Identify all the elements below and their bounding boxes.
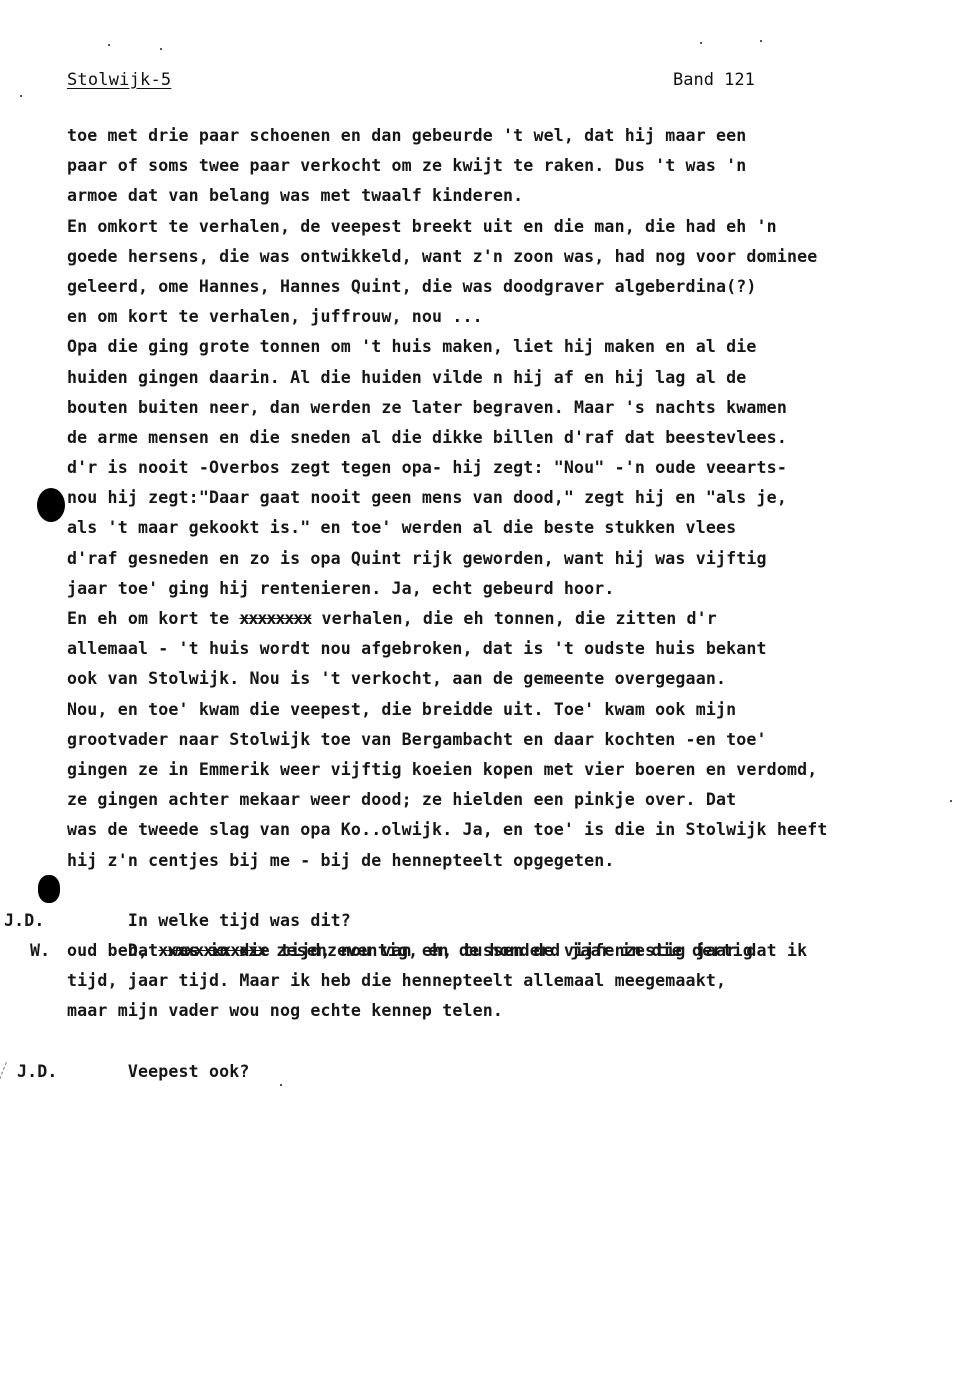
text-line: was de tweede slag van opa Ko..olwijk. J… <box>67 815 979 845</box>
transcript-body: toe met drie paar schoenen en dan gebeur… <box>67 121 979 1057</box>
punch-hole <box>38 875 60 903</box>
dialogue-line: J.D.In welke tijd was dit? <box>67 876 979 906</box>
punch-hole <box>37 488 65 522</box>
text-line: gingen ze in Emmerik weer vijftig koeien… <box>67 755 979 785</box>
text-line: Nou, en toe' kwam die veepest, die breid… <box>67 695 979 725</box>
text-line: huiden gingen daarin. Al die huiden vild… <box>67 363 979 393</box>
text-line: En omkort te verhalen, de veepest breekt… <box>67 212 979 242</box>
text-line: En eh om kort te xxxxxxxx verhalen, die … <box>67 604 979 634</box>
text-line: grootvader naar Stolwijk toe van Bergamb… <box>67 725 979 755</box>
scan-speck <box>108 44 110 46</box>
text-line: ook van Stolwijk. Nou is 't verkocht, aa… <box>67 664 979 694</box>
text-line: hij z'n centjes bij me - bij de hennepte… <box>67 846 979 876</box>
text-segment: En eh om kort te <box>67 609 239 628</box>
text-line: tijd, jaar tijd. Maar ik heb die hennept… <box>67 966 979 996</box>
text-line: Opa die ging grote tonnen om 't huis mak… <box>67 332 979 362</box>
speaker-label: J.D. <box>4 906 45 936</box>
scan-speck <box>700 42 702 44</box>
scan-speck <box>20 95 22 97</box>
text-line: goede hersens, die was ontwikkeld, want … <box>67 242 979 272</box>
text-line: de arme mensen en die sneden al die dikk… <box>67 423 979 453</box>
speaker-label: J.D. <box>17 1057 58 1087</box>
scan-speck <box>760 40 762 42</box>
scan-artifact <box>0 1062 9 1128</box>
text-line: als 't maar gekookt is." en toe' werden … <box>67 513 979 543</box>
text-line: paar of soms twee paar verkocht om ze kw… <box>67 151 979 181</box>
scan-speck <box>950 800 952 802</box>
text-line: armoe dat van belang was met twaalf kind… <box>67 181 979 211</box>
document-id: Stolwijk-5 <box>67 70 171 90</box>
band-label: Band 121 <box>673 70 755 90</box>
document-page: Stolwijk-5 Band 121 toe met drie paar sc… <box>0 0 979 1398</box>
dialogue-line: J.D.Veepest ook? <box>67 1027 979 1057</box>
dialogue-text: Dat was in die tijd, nou van eh, tussen … <box>128 941 807 960</box>
text-line: jaar toe' ging hij rentenieren. Ja, echt… <box>67 574 979 604</box>
text-line: toe met drie paar schoenen en dan gebeur… <box>67 121 979 151</box>
text-line: allemaal - 't huis wordt nou afgebroken,… <box>67 634 979 664</box>
scan-speck <box>280 1084 282 1086</box>
text-line: d'r is nooit -Overbos zegt tegen opa- hi… <box>67 453 979 483</box>
document-id-text: Stolwijk-5 <box>67 70 171 90</box>
text-line: en om kort te verhalen, juffrouw, nou ..… <box>67 302 979 332</box>
dialogue-text: Veepest ook? <box>128 1062 250 1081</box>
text-line: bouten buiten neer, dan werden ze later … <box>67 393 979 423</box>
text-line: maar mijn vader wou nog echte kennep tel… <box>67 996 979 1026</box>
text-line: nou hij zegt:"Daar gaat nooit geen mens … <box>67 483 979 513</box>
speaker-label: W. <box>30 936 50 966</box>
text-line: d'raf gesneden en zo is opa Quint rijk g… <box>67 544 979 574</box>
scan-speck <box>160 48 162 50</box>
dialogue-line: W.Dat was in die tijd, nou van eh, tusse… <box>67 906 979 936</box>
struck-out-text: xxxxxxxx <box>239 609 311 628</box>
text-segment: verhalen, die eh tonnen, die zitten d'r <box>311 609 717 628</box>
text-line: geleerd, ome Hannes, Hannes Quint, die w… <box>67 272 979 302</box>
text-line: ze gingen achter mekaar weer dood; ze hi… <box>67 785 979 815</box>
